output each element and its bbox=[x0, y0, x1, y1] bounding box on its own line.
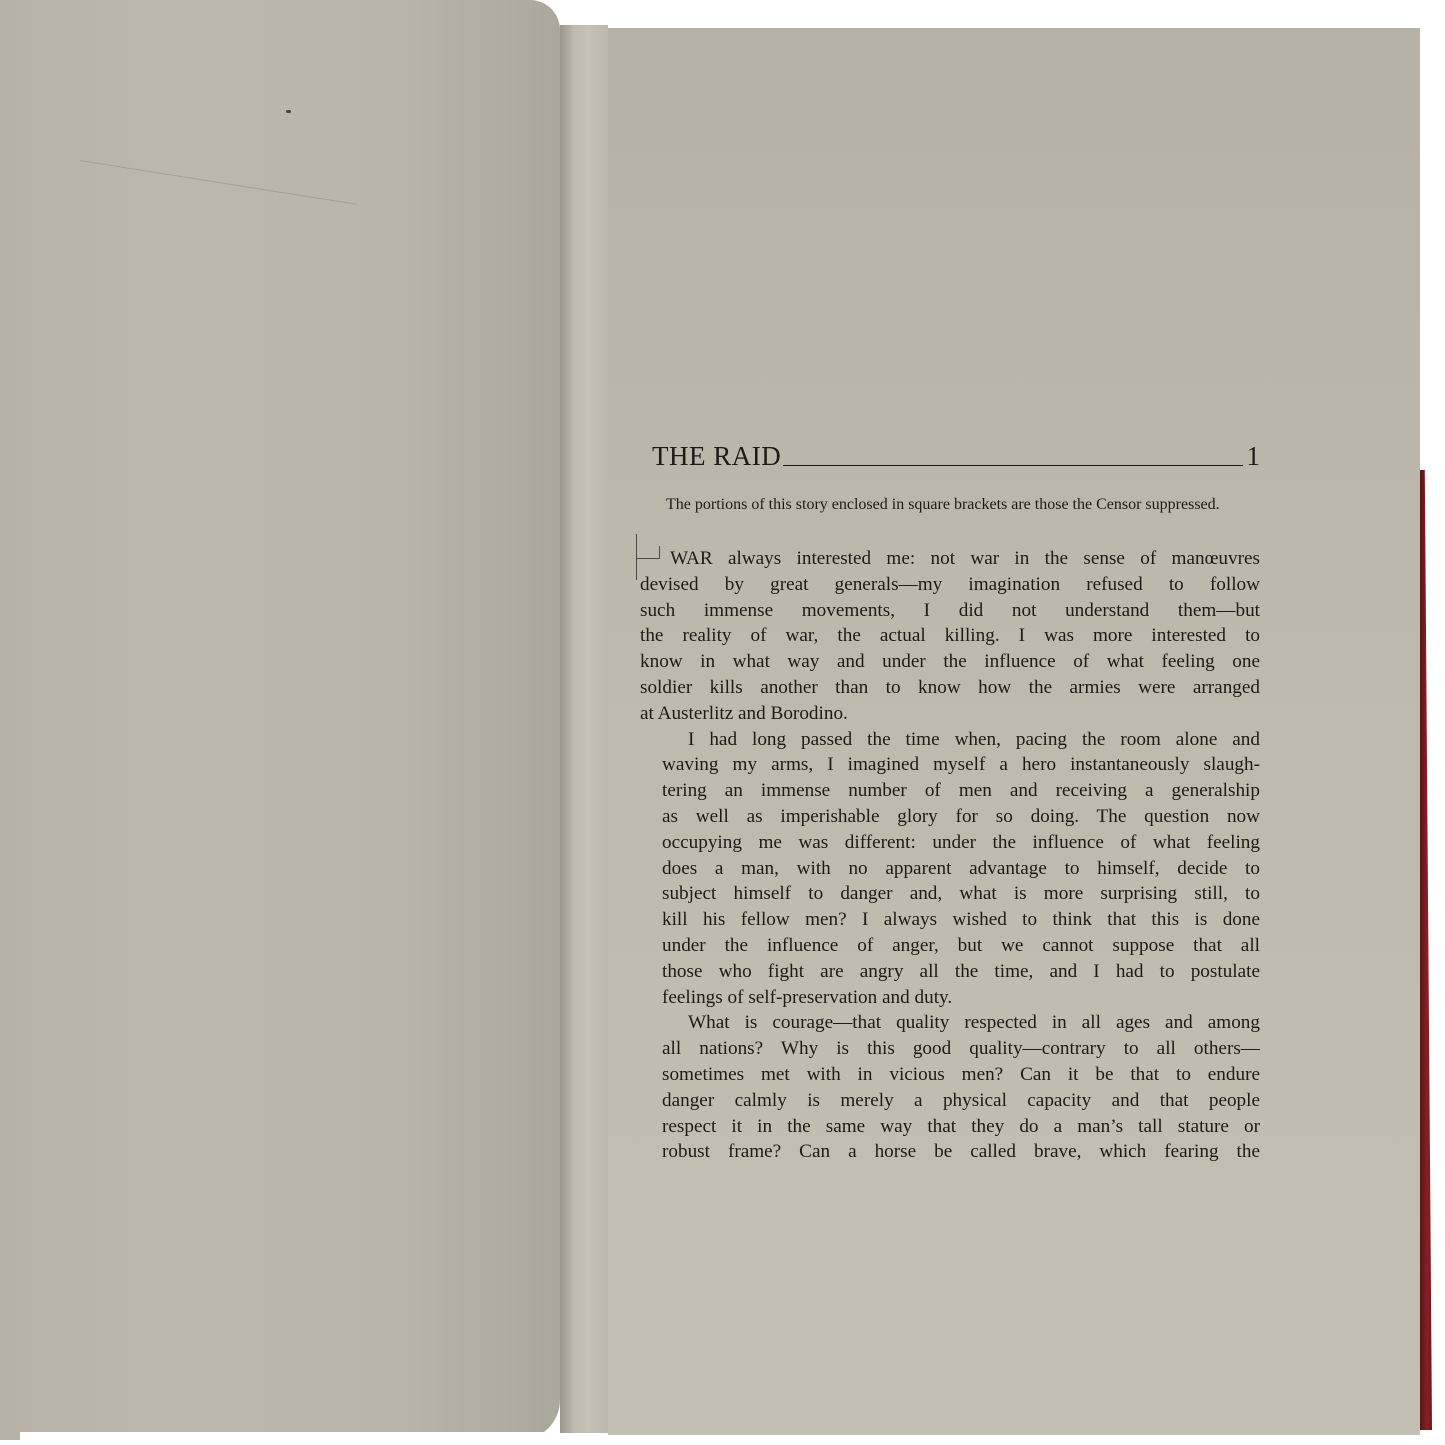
paragraph-1: WAR always interested me: not war in the… bbox=[640, 546, 1260, 727]
text-line: tering an immense number of men and rece… bbox=[640, 778, 1260, 804]
text-line: at Austerlitz and Borodino. bbox=[640, 701, 1260, 727]
text-line: feelings of self-preservation and duty. bbox=[640, 985, 1260, 1011]
text-line: subject himself to danger and, what is m… bbox=[640, 881, 1260, 907]
chapter-heading: THE RAID 1 bbox=[640, 430, 1260, 470]
left-page bbox=[0, 0, 560, 1440]
paragraph-3: What is courage—that quality respected i… bbox=[640, 1010, 1260, 1165]
paragraph-2: I had long passed the time when, pacing … bbox=[640, 727, 1260, 1011]
red-cover-edge bbox=[1420, 470, 1432, 1430]
text-line: danger calmly is merely a physical capac… bbox=[640, 1088, 1260, 1114]
text-line: soldier kills another than to know how t… bbox=[640, 675, 1260, 701]
text-line: under the influence of anger, but we can… bbox=[640, 933, 1260, 959]
page-edge bbox=[20, 1432, 560, 1445]
text-line: What is courage—that quality respected i… bbox=[640, 1010, 1260, 1036]
chapter-number: 1 bbox=[1247, 443, 1261, 470]
body-text: WAR always interested me: not war in the… bbox=[640, 546, 1260, 1165]
text-line: occupying me was different: under the in… bbox=[640, 830, 1260, 856]
text-line: robust frame? Can a horse be called brav… bbox=[640, 1139, 1260, 1165]
text-line: know in what way and under the influence… bbox=[640, 649, 1260, 675]
chapter-title: THE RAID bbox=[652, 443, 781, 470]
text-line: as well as imperishable glory for so doi… bbox=[640, 804, 1260, 830]
text-line: respect it in the same way that they do … bbox=[640, 1114, 1260, 1140]
text-line: the reality of war, the actual killing. … bbox=[640, 623, 1260, 649]
paper-crease bbox=[80, 160, 357, 205]
paper-speck bbox=[286, 110, 291, 113]
page-text: THE RAID 1 The portions of this story en… bbox=[640, 430, 1260, 1165]
text-line: sometimes met with in vicious men? Can i… bbox=[640, 1062, 1260, 1088]
text-line: kill his fellow men? I always wished to … bbox=[640, 907, 1260, 933]
text-line: WAR always interested me: not war in the… bbox=[640, 546, 1260, 572]
book-gutter bbox=[560, 25, 608, 1433]
text-line: waving my arms, I imagined myself a hero… bbox=[640, 752, 1260, 778]
text-line: does a man, with no apparent advantage t… bbox=[640, 856, 1260, 882]
text-line: all nations? Why is this good quality—co… bbox=[640, 1036, 1260, 1062]
chapter-rule bbox=[783, 464, 1242, 466]
text-line: devised by great generals—my imagination… bbox=[640, 572, 1260, 598]
handwritten-bracket-icon bbox=[636, 534, 665, 580]
text-line: those who fight are angry all the time, … bbox=[640, 959, 1260, 985]
text-line: I had long passed the time when, pacing … bbox=[640, 727, 1260, 753]
text-line: such immense movements, I did not unders… bbox=[640, 598, 1260, 624]
editorial-note: The portions of this story enclosed in s… bbox=[640, 494, 1260, 515]
